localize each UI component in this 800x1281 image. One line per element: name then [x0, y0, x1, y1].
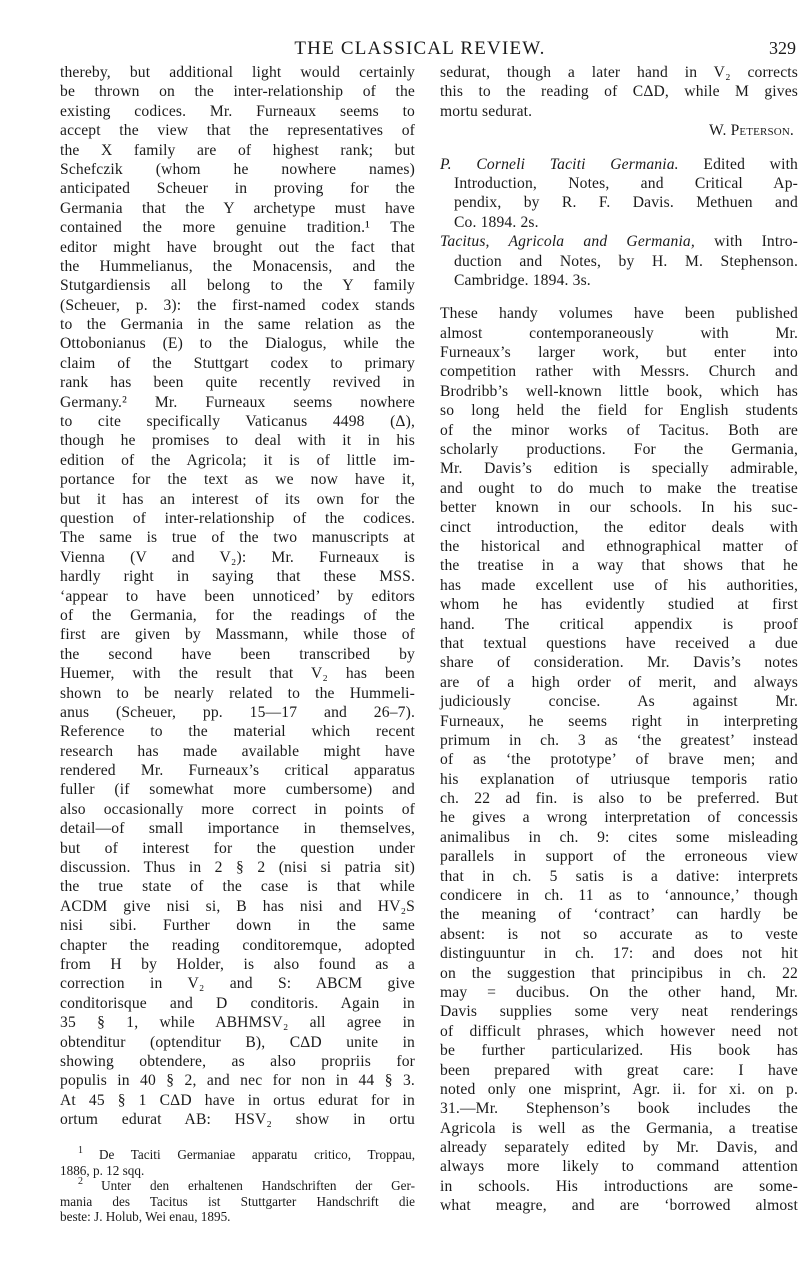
spacer [440, 290, 798, 304]
footnote-line: 1886, p. 12 sqq. [60, 1163, 415, 1179]
book-details-line: Co. 1894. 2s. [440, 213, 798, 232]
footnote-line: beste: J. Holub, Wei enau, 1895. [60, 1209, 415, 1225]
body-line: rank has been quite recently revived in [60, 373, 415, 392]
review-line: animalibus in ch. 9: cites some misleadi… [440, 828, 798, 847]
review-line: almost contemporaneously with Mr. [440, 324, 798, 343]
body-line: ‘appear to have been unnoticed’ by edito… [60, 587, 415, 606]
review-line: 31.—Mr. Stephenson’s book includes the [440, 1099, 798, 1118]
body-line: nisi sibi. Further down in the same [60, 916, 415, 935]
footnote-line: mania des Tacitus ist Stuttgarter Handsc… [60, 1194, 415, 1210]
body-line: but it has an interest of its own for th… [60, 490, 415, 509]
body-line: discussion. Thus in 2 § 2 (nisi si patri… [60, 858, 415, 877]
body-line: of the Germania, for the readings of the [60, 606, 415, 625]
body-line: Germania that the Y archetype must have [60, 199, 415, 218]
body-line: the Hummelianus, the Monacensis, and the [60, 257, 415, 276]
body-line: 35 § 1, while ABHMSV₂ all agree in [60, 1013, 415, 1032]
body-line: be thrown on the inter-relationship of t… [60, 82, 415, 101]
book-details-line: Introduction, Notes, and Critical Ap- [440, 174, 798, 193]
book-title: P. Corneli Taciti Germania. [440, 156, 679, 173]
review-line: the treatise in a way that shows that he [440, 556, 798, 575]
review-line: he gives a wrong interpretation of conce… [440, 808, 798, 827]
book-entry-heading: Tacitus, Agricola and Germania, with Int… [440, 232, 798, 251]
review-line: condicere in ch. 11 as to ‘announce,’ th… [440, 886, 798, 905]
review-line: the historical and ethnographical matter… [440, 537, 798, 556]
review-line: on the suggestion that principibus in ch… [440, 964, 798, 983]
review-line: noted only one misprint, Agr. ii. for xi… [440, 1080, 798, 1099]
body-line: thereby, but additional light would cert… [60, 63, 415, 82]
body-line: portance for the text as we now have it, [60, 470, 415, 489]
body-line: contained the more genuine tradition.¹ T… [60, 218, 415, 237]
review-line: better known in our schools. In his suc- [440, 498, 798, 517]
spacer [440, 141, 798, 155]
footnote-line: 1 De Taciti Germaniae apparatu critico, … [60, 1147, 415, 1163]
book-details-line: Cambridge. 1894. 3s. [440, 271, 798, 290]
book-title: Tacitus, Agricola and Germania, [440, 233, 695, 250]
review-line: that in ch. 5 satis is a dative: interpr… [440, 867, 798, 886]
body-line: this to the reading of CΔD, while M give… [440, 82, 798, 101]
running-title: THE CLASSICAL REVIEW. [0, 38, 800, 60]
review-line: has made excellent use of his authoritie… [440, 576, 798, 595]
body-line: conditorisque and D conditoris. Again in [60, 994, 415, 1013]
review-line: hand. The critical appendix is proof [440, 615, 798, 634]
body-line: edition of the Agricola; it is of little… [60, 451, 415, 470]
body-line: obtenditur (optenditur B), CΔD unite in [60, 1033, 415, 1052]
page-header: THE CLASSICAL REVIEW. 329 [0, 38, 800, 62]
review-line: in schools. His introductions are some- [440, 1177, 798, 1196]
review-line: his explanation of utriusque temporis ra… [440, 770, 798, 789]
body-line: chapter the reading conditoremque, adopt… [60, 936, 415, 955]
review-line: are of a high order of merit, and always [440, 673, 798, 692]
body-line: first are given by Massmann, while those… [60, 625, 415, 644]
body-line: The same is true of the two manuscripts … [60, 528, 415, 547]
body-line: the second have been transcribed by [60, 645, 415, 664]
author-signature: W. Peterson. [440, 121, 798, 140]
body-line: from H by Holder, is also found as a [60, 955, 415, 974]
right-column: sedurat, though a later hand in V₂ corre… [440, 63, 798, 1216]
body-line: research has made available might have [60, 742, 415, 761]
review-line: of difficult phrases, which however need… [440, 1022, 798, 1041]
body-line: At 45 § 1 CΔD have in ortus edurat for i… [60, 1091, 415, 1110]
body-line: populis in 40 § 2, and nec for non in 44… [60, 1071, 415, 1090]
body-line: shown to be nearly related to the Hummel… [60, 684, 415, 703]
body-line: showing obtendere, as also propriis for [60, 1052, 415, 1071]
review-line: ch. 22 ad fin. is also to be preferred. … [440, 789, 798, 808]
review-line: Mr. Davis’s edition is specially admirab… [440, 459, 798, 478]
body-line: ACDM give nisi si, B has nisi and HV₂S [60, 897, 415, 916]
left-column: thereby, but additional light would cert… [60, 63, 415, 1129]
body-line: anus (Scheuer, pp. 15—17 and 26–7). [60, 703, 415, 722]
review-line: so long held the field for English stude… [440, 401, 798, 420]
review-line: cinct introduction, the editor deals wit… [440, 518, 798, 537]
book-details: with Intro- [695, 233, 798, 250]
review-line: may = ducibus. On the other hand, Mr. [440, 983, 798, 1002]
body-line: accept the view that the representatives… [60, 121, 415, 140]
footnotes: 1 De Taciti Germaniae apparatu critico, … [60, 1147, 415, 1225]
review-line: Agricola is well as the Germania, a trea… [440, 1119, 798, 1138]
review-line: Davis supplies some very neat renderings [440, 1002, 798, 1021]
body-line: Ottobonianus (E) to the Dialogus, while … [60, 334, 415, 353]
book-details-line: pendix, by R. F. Davis. Methuen and [440, 193, 798, 212]
review-line: scholarly productions. For the Germania, [440, 440, 798, 459]
body-line: the X family are of highest rank; but [60, 141, 415, 160]
footnote-marker: 1 [78, 1145, 99, 1156]
book-entry-heading: P. Corneli Taciti Germania. Edited with [440, 155, 798, 174]
body-line: to cite specifically Vaticanus 4498 (Δ), [60, 412, 415, 431]
review-line: distinguuntur in ch. 17: and does not hi… [440, 944, 798, 963]
review-line: been prepared with great care: I have [440, 1061, 798, 1080]
body-line: hardly right in saying that these MSS. [60, 567, 415, 586]
body-line: Stutgardiensis all belong to the Y famil… [60, 276, 415, 295]
footnote-line: 2 Unter den erhaltenen Handschriften der… [60, 1178, 415, 1194]
body-line: rendered Mr. Furneaux’s critical apparat… [60, 761, 415, 780]
body-line: Germany.² Mr. Furneaux seems nowhere [60, 393, 415, 412]
body-line: editor might have brought out the fact t… [60, 238, 415, 257]
body-line: (Scheuer, p. 3): the first-named codex s… [60, 296, 415, 315]
review-line: what meagre, and are ‘borrowed almost [440, 1196, 798, 1215]
footnote-marker: 2 [78, 1176, 101, 1187]
review-line: whom he has evidently studied at first [440, 595, 798, 614]
review-line: and ought to do much to make the treatis… [440, 479, 798, 498]
body-line: claim of the Stuttgart codex to primary [60, 354, 415, 373]
review-line: already separately edited by Mr. Davis, … [440, 1138, 798, 1157]
body-line: detail—of small importance in themselves… [60, 819, 415, 838]
body-line: sedurat, though a later hand in V₂ corre… [440, 63, 798, 82]
review-line: These handy volumes have been published [440, 304, 798, 323]
book-details-line: duction and Notes, by H. M. Stephenson. [440, 252, 798, 271]
body-line: to the Germania in the same relation as … [60, 315, 415, 334]
body-line: ortum edurat AB: HSV₂ show in ortu [60, 1110, 415, 1129]
review-line: competition rather with Messrs. Church a… [440, 362, 798, 381]
body-line: but of interest for the question under [60, 839, 415, 858]
body-line: Huemer, with the result that V₂ has been [60, 664, 415, 683]
review-line: Brodribb’s well-known little book, which… [440, 382, 798, 401]
body-line: Schefczik (whom he nowhere names) [60, 160, 415, 179]
review-line: parallels in support of the erroneous vi… [440, 847, 798, 866]
review-line: share of consideration. Mr. Davis’s note… [440, 653, 798, 672]
body-line: fuller (if somewhat more cumbersome) and [60, 780, 415, 799]
body-line: Reference to the material which recent [60, 722, 415, 741]
review-line: be further particularized. His book has [440, 1041, 798, 1060]
review-line: that textual questions have received a d… [440, 634, 798, 653]
body-line: the true state of the case is that while [60, 877, 415, 896]
body-line: existing codices. Mr. Furneaux seems to [60, 102, 415, 121]
review-line: absent: is not so accurate as to veste [440, 925, 798, 944]
body-line: though he promises to deal with it in hi… [60, 431, 415, 450]
body-line: mortu sedurat. [440, 102, 798, 121]
body-line: also occasionally more correct in points… [60, 800, 415, 819]
review-line: primum in ch. 3 as ‘the greatest’ instea… [440, 731, 798, 750]
review-line: Furneaux’s larger work, but enter into [440, 343, 798, 362]
body-line: anticipated Scheuer in proving for the [60, 179, 415, 198]
book-details: Edited with [679, 156, 798, 173]
review-line: Furneaux, he seems right in interpreting [440, 712, 798, 731]
review-line: of as ‘the prototype’ of brave men; and [440, 750, 798, 769]
page-number: 329 [769, 38, 796, 59]
body-line: question of inter-relationship of the co… [60, 509, 415, 528]
review-line: judiciously concise. As against Mr. [440, 692, 798, 711]
review-line: of the minor works of Tacitus. Both are [440, 421, 798, 440]
body-line: Vienna (V and V₂): Mr. Furneaux is [60, 548, 415, 567]
review-line: the meaning of ‘contract’ can hardly be [440, 905, 798, 924]
review-line: always more likely to command attention [440, 1157, 798, 1176]
body-line: correction in V₂ and S: ABCM give [60, 974, 415, 993]
